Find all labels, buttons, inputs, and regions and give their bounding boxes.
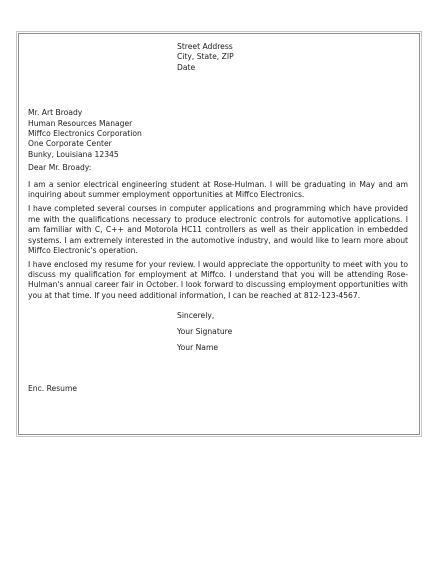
letter-page: Street Address City, State, ZIP Date Mr.… xyxy=(0,0,440,569)
body-paragraph-resume-request: I have enclosed my resume for your revie… xyxy=(28,260,408,302)
sender-address-block: Street Address City, State, ZIP Date xyxy=(177,42,408,73)
signature-placeholder: Your Signature xyxy=(177,327,408,337)
letter-border-frame: Street Address City, State, ZIP Date Mr.… xyxy=(16,31,422,437)
valediction: Sincerely, xyxy=(177,311,408,321)
enclosure-note: Enc. Resume xyxy=(28,384,408,394)
recipient-street: One Corporate Center xyxy=(28,139,408,149)
body-paragraph-intro: I am a senior electrical engineering stu… xyxy=(28,180,408,201)
sender-street-address: Street Address xyxy=(177,42,408,52)
sender-city-state-zip: City, State, ZIP xyxy=(177,52,408,62)
body-paragraph-qualifications: I have completed several courses in comp… xyxy=(28,204,408,256)
recipient-address-block: Mr. Art Broady Human Resources Manager M… xyxy=(28,108,408,160)
salutation: Dear Mr. Broady: xyxy=(28,163,408,173)
recipient-name: Mr. Art Broady xyxy=(28,108,408,118)
recipient-title: Human Resources Manager xyxy=(28,119,408,129)
name-placeholder: Your Name xyxy=(177,343,408,353)
recipient-city-state-zip: Bunky, Louisiana 12345 xyxy=(28,150,408,160)
letter-date: Date xyxy=(177,63,408,73)
closing-block: Sincerely, Your Signature Your Name xyxy=(177,311,408,353)
recipient-company: Miffco Electronics Corporation xyxy=(28,129,408,139)
letter-body: Street Address City, State, ZIP Date Mr.… xyxy=(18,33,420,435)
